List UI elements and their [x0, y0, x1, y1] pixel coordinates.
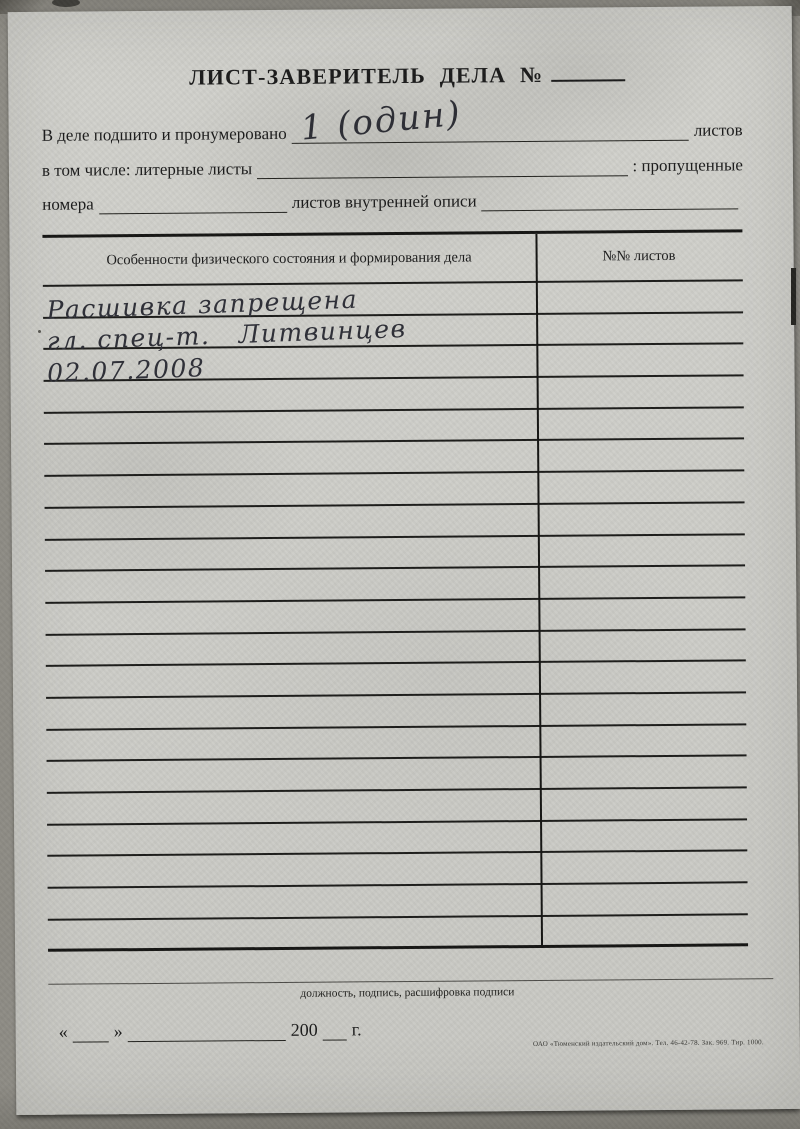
sheet-numbers-cell — [537, 408, 744, 439]
table-header-row: Особенности физического состояния и форм… — [42, 232, 742, 286]
date-row: « » 200 г. — [59, 1012, 362, 1042]
intro-fields: В деле подшито и пронумеровано листов в … — [41, 6, 742, 12]
sheet-numbers-cell — [537, 503, 744, 534]
col-header-sheet-numbers: №№ листов — [535, 232, 743, 281]
scan-artifact-mark — [791, 268, 796, 325]
numbers-blank — [99, 192, 287, 214]
signature-caption: должность, подпись, расшифровка подписи — [15, 984, 799, 1002]
condition-cell — [46, 695, 539, 729]
inner-inventory-blank — [482, 188, 739, 211]
sheet-numbers-cell — [539, 757, 746, 788]
printer-note: ОАО «Тюменский издательский дом». Тел. 4… — [533, 1038, 764, 1048]
page-title-text: ЛИСТ-ЗАВЕРИТЕЛЬ ДЕЛА № — [189, 62, 543, 90]
col-header-condition: Особенности физического состояния и форм… — [42, 234, 535, 285]
sheets-word-label: листов — [694, 121, 743, 140]
letter-sheets-blank — [257, 155, 627, 179]
case-number-blank — [551, 61, 625, 82]
condition-cell — [46, 727, 539, 761]
sheet-numbers-cell — [540, 820, 747, 851]
missing-label: : пропущенные — [632, 156, 743, 176]
sheet-numbers-cell — [537, 440, 744, 471]
condition-cell — [47, 758, 540, 792]
condition-cell — [44, 410, 537, 444]
condition-cell — [48, 917, 541, 950]
condition-cell — [44, 441, 537, 475]
close-quote: » — [114, 1022, 123, 1042]
sheet-numbers-cell — [541, 915, 748, 945]
sheet-numbers-cell — [538, 535, 745, 566]
sheet-numbers-cell — [536, 376, 743, 407]
condition-cell — [44, 473, 537, 507]
scanned-document: ЛИСТ-ЗАВЕРИТЕЛЬ ДЕЛА № В деле подшито и … — [0, 0, 800, 1129]
signature-line — [48, 978, 773, 985]
sheet-numbers-cell — [536, 313, 743, 344]
year-blank — [323, 1019, 347, 1040]
condition-cell — [47, 822, 540, 856]
day-blank — [73, 1021, 109, 1042]
table-body: Расшивка запрещенагл. спец-т. Литвинцев0… — [43, 281, 748, 952]
numbers-label: номера — [42, 195, 94, 214]
condition-cell — [47, 853, 540, 887]
sheet-numbers-cell — [540, 883, 747, 914]
inner-inventory-label: листов внутренней описи — [292, 192, 477, 212]
condition-cell — [45, 536, 538, 570]
sheet-numbers-cell — [539, 725, 746, 756]
condition-table: Особенности физического состояния и форм… — [42, 229, 748, 952]
condition-cell — [45, 505, 538, 539]
sheet-numbers-cell — [540, 788, 747, 819]
sheet-numbers-cell — [538, 598, 745, 629]
condition-cell — [48, 885, 541, 919]
form-page: ЛИСТ-ЗАВЕРИТЕЛЬ ДЕЛА № В деле подшито и … — [8, 6, 800, 1115]
condition-cell — [47, 790, 540, 824]
field-row-letter-sheets: в том числе: литерные листы : пропущенны… — [42, 145, 743, 181]
condition-cell — [45, 600, 538, 634]
sheet-numbers-cell — [538, 630, 745, 661]
condition-cell: 02.07.2008 — [43, 346, 536, 380]
condition-cell: гл. спец-т. Литвинцев — [43, 315, 536, 349]
sheet-numbers-cell — [538, 567, 745, 598]
letter-sheets-label: в том числе: литерные листы — [42, 160, 252, 181]
condition-cell — [46, 632, 539, 666]
condition-cell — [44, 378, 537, 412]
condition-cell: Расшивка запрещена — [43, 283, 536, 317]
sheet-numbers-cell — [539, 693, 746, 724]
table-row — [48, 915, 748, 952]
field-row-numbers: номера листов внутренней описи — [42, 179, 743, 215]
sheet-numbers-cell — [536, 281, 743, 312]
sheet-numbers-cell — [539, 662, 746, 693]
sheet-numbers-cell — [537, 471, 744, 502]
month-blank — [128, 1020, 286, 1042]
sheets-count-label: В деле подшито и пронумеровано — [42, 125, 287, 146]
scan-speck — [38, 330, 41, 333]
scan-artifact-blotch — [52, 0, 80, 7]
page-title: ЛИСТ-ЗАВЕРИТЕЛЬ ДЕЛА № — [8, 60, 792, 92]
condition-cell — [45, 568, 538, 602]
sheet-numbers-cell — [540, 852, 747, 883]
century-label: 200 — [291, 1021, 318, 1041]
year-word-label: г. — [352, 1020, 362, 1040]
sheet-numbers-cell — [536, 345, 743, 376]
condition-cell — [46, 663, 539, 697]
open-quote: « — [59, 1023, 68, 1043]
